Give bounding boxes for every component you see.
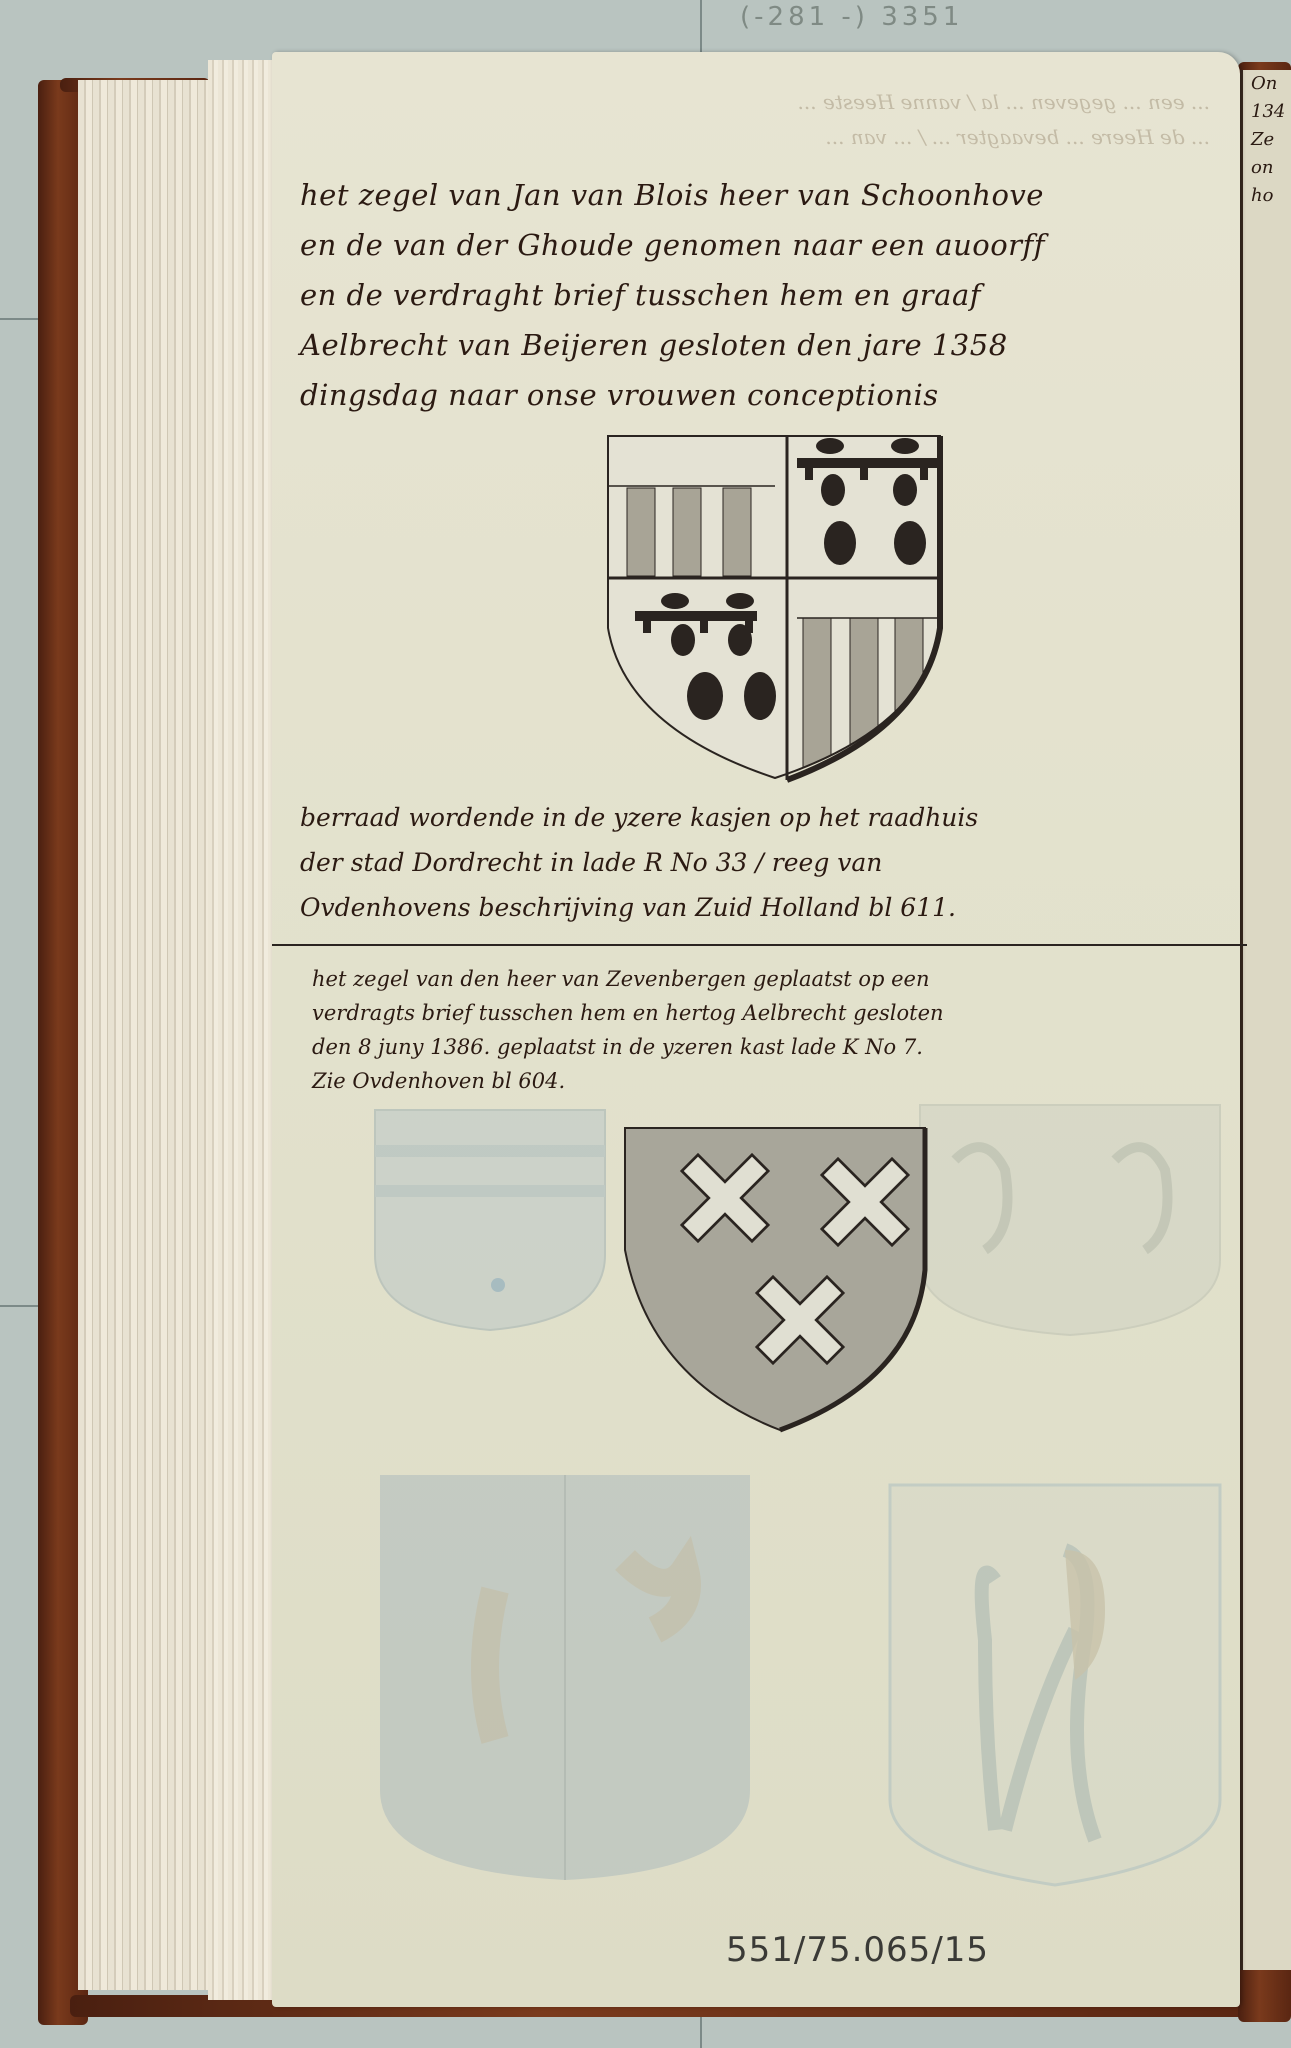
entry-1-source-note: berraad wordende in de yzere kasjen op h… <box>300 795 1230 930</box>
page-edges-stack <box>78 80 208 1990</box>
source-note-line: berraad wordende in de yzere kasjen op h… <box>300 795 1230 840</box>
heading-line: het zegel van Jan van Blois heer van Sch… <box>300 170 1230 220</box>
facing-page-fragment: on <box>1243 154 1291 182</box>
page-edges-stack-inner <box>208 60 274 2000</box>
section-divider <box>272 944 1247 946</box>
entry-2-heading: het zegel van den heer van Zevenbergen g… <box>312 962 1242 1098</box>
heading-line: en de verdraght brief tusschen hem en gr… <box>300 270 1230 320</box>
bleedthrough-shield-middle-left <box>370 1105 610 1335</box>
background-grid-line <box>700 2015 702 2048</box>
bleedthrough-shield-middle-right <box>915 1100 1225 1340</box>
pencil-note: (-281 -) 3351 <box>740 2 963 32</box>
bleedthrough-text-line: ... een ... gegeven ... la / vanne Heest… <box>330 90 1210 114</box>
source-note-line: Ovdenhovens beschrijving van Zuid Hollan… <box>300 885 1230 930</box>
heading-line: dingsdag naar onse vrouwen conceptionis <box>300 370 1230 420</box>
bleedthrough-text-line: ... de Heere ... bevaagter ... / ... van… <box>330 125 1210 149</box>
facing-page-fragment: 134 <box>1243 98 1291 126</box>
bleedthrough-shield-bottom-right <box>885 1480 1225 1890</box>
source-note-line: der stad Dordrecht in lade R No 33 / ree… <box>300 840 1230 885</box>
facing-page: On 134 Ze on ho <box>1240 70 1291 1970</box>
heading-line: het zegel van den heer van Zevenbergen g… <box>312 962 1242 996</box>
coat-of-arms-quartered <box>605 428 945 788</box>
facing-page-fragment: On <box>1243 70 1291 98</box>
bleedthrough-shield-bottom-left <box>375 1470 755 1890</box>
facing-page-fragment: Ze <box>1243 126 1291 154</box>
entry-1-heading: het zegel van Jan van Blois heer van Sch… <box>300 170 1230 420</box>
background-grid-line <box>700 0 702 60</box>
heading-line: den 8 juny 1386. geplaatst in de yzeren … <box>312 1030 1242 1064</box>
shelfmark: 551/75.065/15 <box>726 1930 989 1970</box>
heading-line: Aelbrecht van Beijeren gesloten den jare… <box>300 320 1230 370</box>
coat-of-arms-three-saltires <box>620 1120 930 1440</box>
heading-line: Zie Ovdenhoven bl 604. <box>312 1064 1242 1098</box>
heading-line: verdragts brief tusschen hem en hertog A… <box>312 996 1242 1030</box>
heading-line: en de van der Ghoude genomen naar een au… <box>300 220 1230 270</box>
facing-page-fragment: ho <box>1243 182 1291 210</box>
